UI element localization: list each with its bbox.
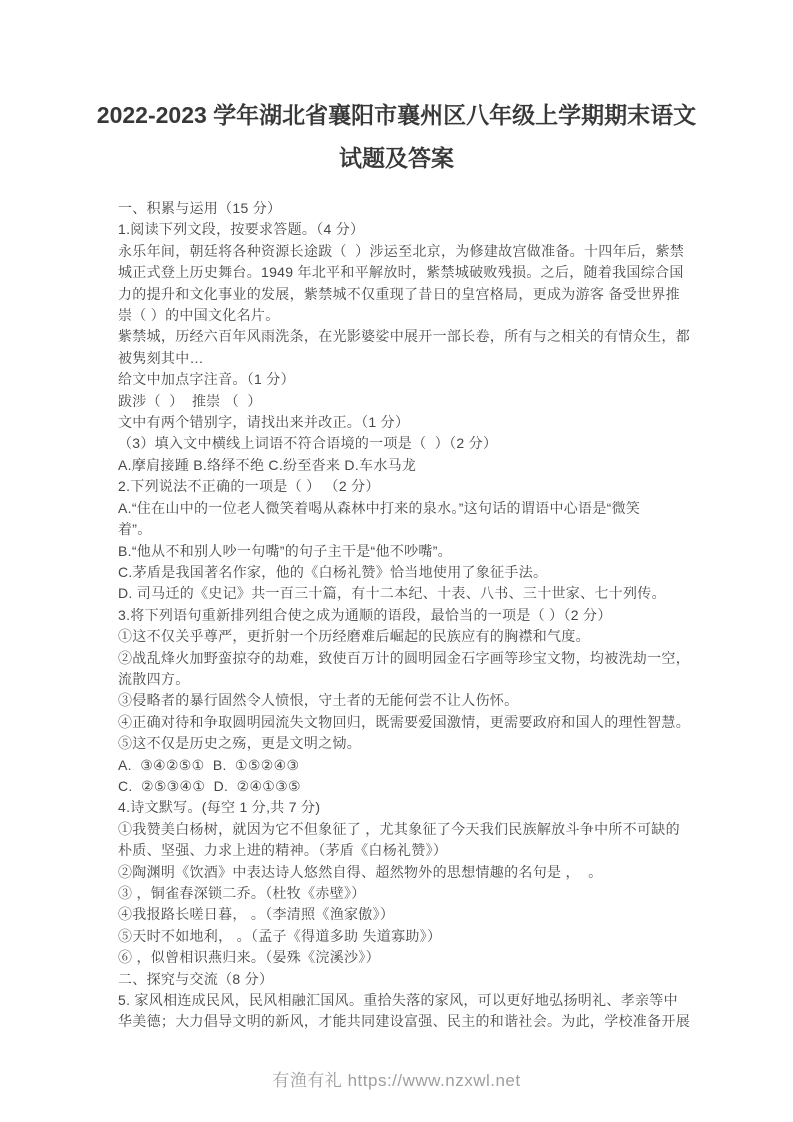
body-line: 紫禁城，历经六百年风雨洗条，在光影婆娑中展开一部长卷，所有与之相关的有情众生，都 — [118, 326, 678, 347]
body-line: 4.诗文默写。(每空 1 分,共 7 分) — [118, 797, 678, 818]
body-line: C.茅盾是我国著名作家，他的《白杨礼赞》恰当地使用了象征手法。 — [118, 562, 678, 583]
body-line: 跋涉（ ） 推崇 （ ） — [118, 391, 678, 412]
body-line: ①我赞美白杨树，就因为它不但象征了 ，尤其象征了今天我们民族解放斗争中所不可缺的 — [118, 819, 678, 840]
body-line: 被隽刻其中… — [118, 348, 678, 369]
document-body: 一、积累与运用（15 分）1.阅读下列文段，按要求答题。（4 分）永乐年间，朝廷… — [118, 198, 678, 1033]
document-page: 2022-2023 学年湖北省襄阳市襄州区八年级上学期期末语文 试题及答案 一、… — [0, 0, 793, 1122]
body-line: ⑥ ，似曾相识燕归来。（晏殊《浣溪沙》） — [118, 947, 678, 968]
body-line: A.“住在山中的一位老人微笑着喝从森林中打来的泉水。”这句话的谓语中心语是“微笑 — [118, 498, 678, 519]
page-footer: 有渔有礼 https://www.nzxwl.net — [0, 1066, 793, 1091]
title-line-1: 2022-2023 学年湖北省襄阳市襄州区八年级上学期期末语文 — [0, 94, 793, 137]
body-line: 崇（ ）的中国文化名片。 — [118, 305, 678, 326]
body-line: 文中有两个错别字，请找出来并改正。（1 分） — [118, 412, 678, 433]
title-line-2: 试题及答案 — [0, 137, 793, 180]
body-line: ③ ，铜雀春深锁二乔。（杜牧《赤壁》） — [118, 883, 678, 904]
body-line: C. ②⑤③④① D. ②④①③⑤ — [118, 776, 678, 797]
body-line: 流散四方。 — [118, 669, 678, 690]
body-line: 二、探究与交流（8 分） — [118, 969, 678, 990]
body-line: （3）填入文中横线上词语不符合语境的一项是（ ）（2 分） — [118, 433, 678, 454]
body-line: 一、积累与运用（15 分） — [118, 198, 678, 219]
body-line: ③侵略者的暴行固然令人愤恨，守土者的无能何尝不让人伤怀。 — [118, 690, 678, 711]
footer-watermark: 有渔有礼 https://www.nzxwl.net — [272, 1071, 520, 1090]
body-line: 力的提升和文化事业的发展，紫禁城不仅重现了昔日的皇宫格局，更成为游客 备受世界推 — [118, 284, 678, 305]
body-line: 1.阅读下列文段，按要求答题。（4 分） — [118, 219, 678, 240]
body-line: 永乐年间，朝廷将各种资源长途跋（ ）涉运至北京，为修建故宫做准备。十四年后，紫禁 — [118, 241, 678, 262]
body-line: ④我报路长嗟日暮， 。（李清照《渔家傲》） — [118, 904, 678, 925]
body-line: 5. 家风相连成民风，民风相融汇国风。重拾失落的家风，可以更好地弘扬明礼、孝亲等… — [118, 990, 678, 1011]
body-line: B.“他从不和别人吵一句嘴”的句子主干是“他不吵嘴”。 — [118, 541, 678, 562]
body-line: 给文中加点字注音。（1 分） — [118, 369, 678, 390]
body-line: A.摩肩接踵 B.络绎不绝 C.纷至沓来 D.车水马龙 — [118, 455, 678, 476]
document-title: 2022-2023 学年湖北省襄阳市襄州区八年级上学期期末语文 试题及答案 — [0, 94, 793, 180]
body-line: 华美德；大力倡导文明的新风，才能共同建设富强、民主的和谐社会。为此，学校准备开展 — [118, 1011, 678, 1032]
body-line: 3.将下列语句重新排列组合使之成为通顺的语段，最恰当的一项是（ ）（2 分） — [118, 605, 678, 626]
body-line: ①这不仅关乎尊严，更折射一个历经磨难后崛起的民族应有的胸襟和气度。 — [118, 626, 678, 647]
body-line: A. ③④②⑤① B. ①⑤②④③ — [118, 755, 678, 776]
body-line: D. 司马迁的《史记》共一百三十篇，有十二本纪、十表、八书、三十世家、七十列传。 — [118, 583, 678, 604]
body-line: ②战乱烽火加野蛮掠夺的劫难，致使百万计的圆明园金石字画等珍宝文物，均被洗劫一空， — [118, 648, 678, 669]
body-line: ⑤天时不如地利， 。（孟子《得道多助 失道寡助》） — [118, 926, 678, 947]
body-line: ②陶渊明《饮酒》中表达诗人悠然自得、超然物外的思想情趣的名句是 ， 。 — [118, 862, 678, 883]
body-line: 朴质、坚强、力求上进的精神。（茅盾《白杨礼赞》） — [118, 840, 678, 861]
body-line: ⑤这不仅是历史之殇，更是文明之恸。 — [118, 733, 678, 754]
body-line: 城正式登上历史舞台。1949 年北平和平解放时，紫禁城破败残损。之后，随着我国综… — [118, 262, 678, 283]
body-line: ④正确对待和争取圆明园流失文物回归，既需要爱国激情，更需要政府和国人的理性智慧。 — [118, 712, 678, 733]
body-line: 2.下列说法不正确的一项是（ ） （2 分） — [118, 476, 678, 497]
body-line: 着”。 — [118, 519, 678, 540]
